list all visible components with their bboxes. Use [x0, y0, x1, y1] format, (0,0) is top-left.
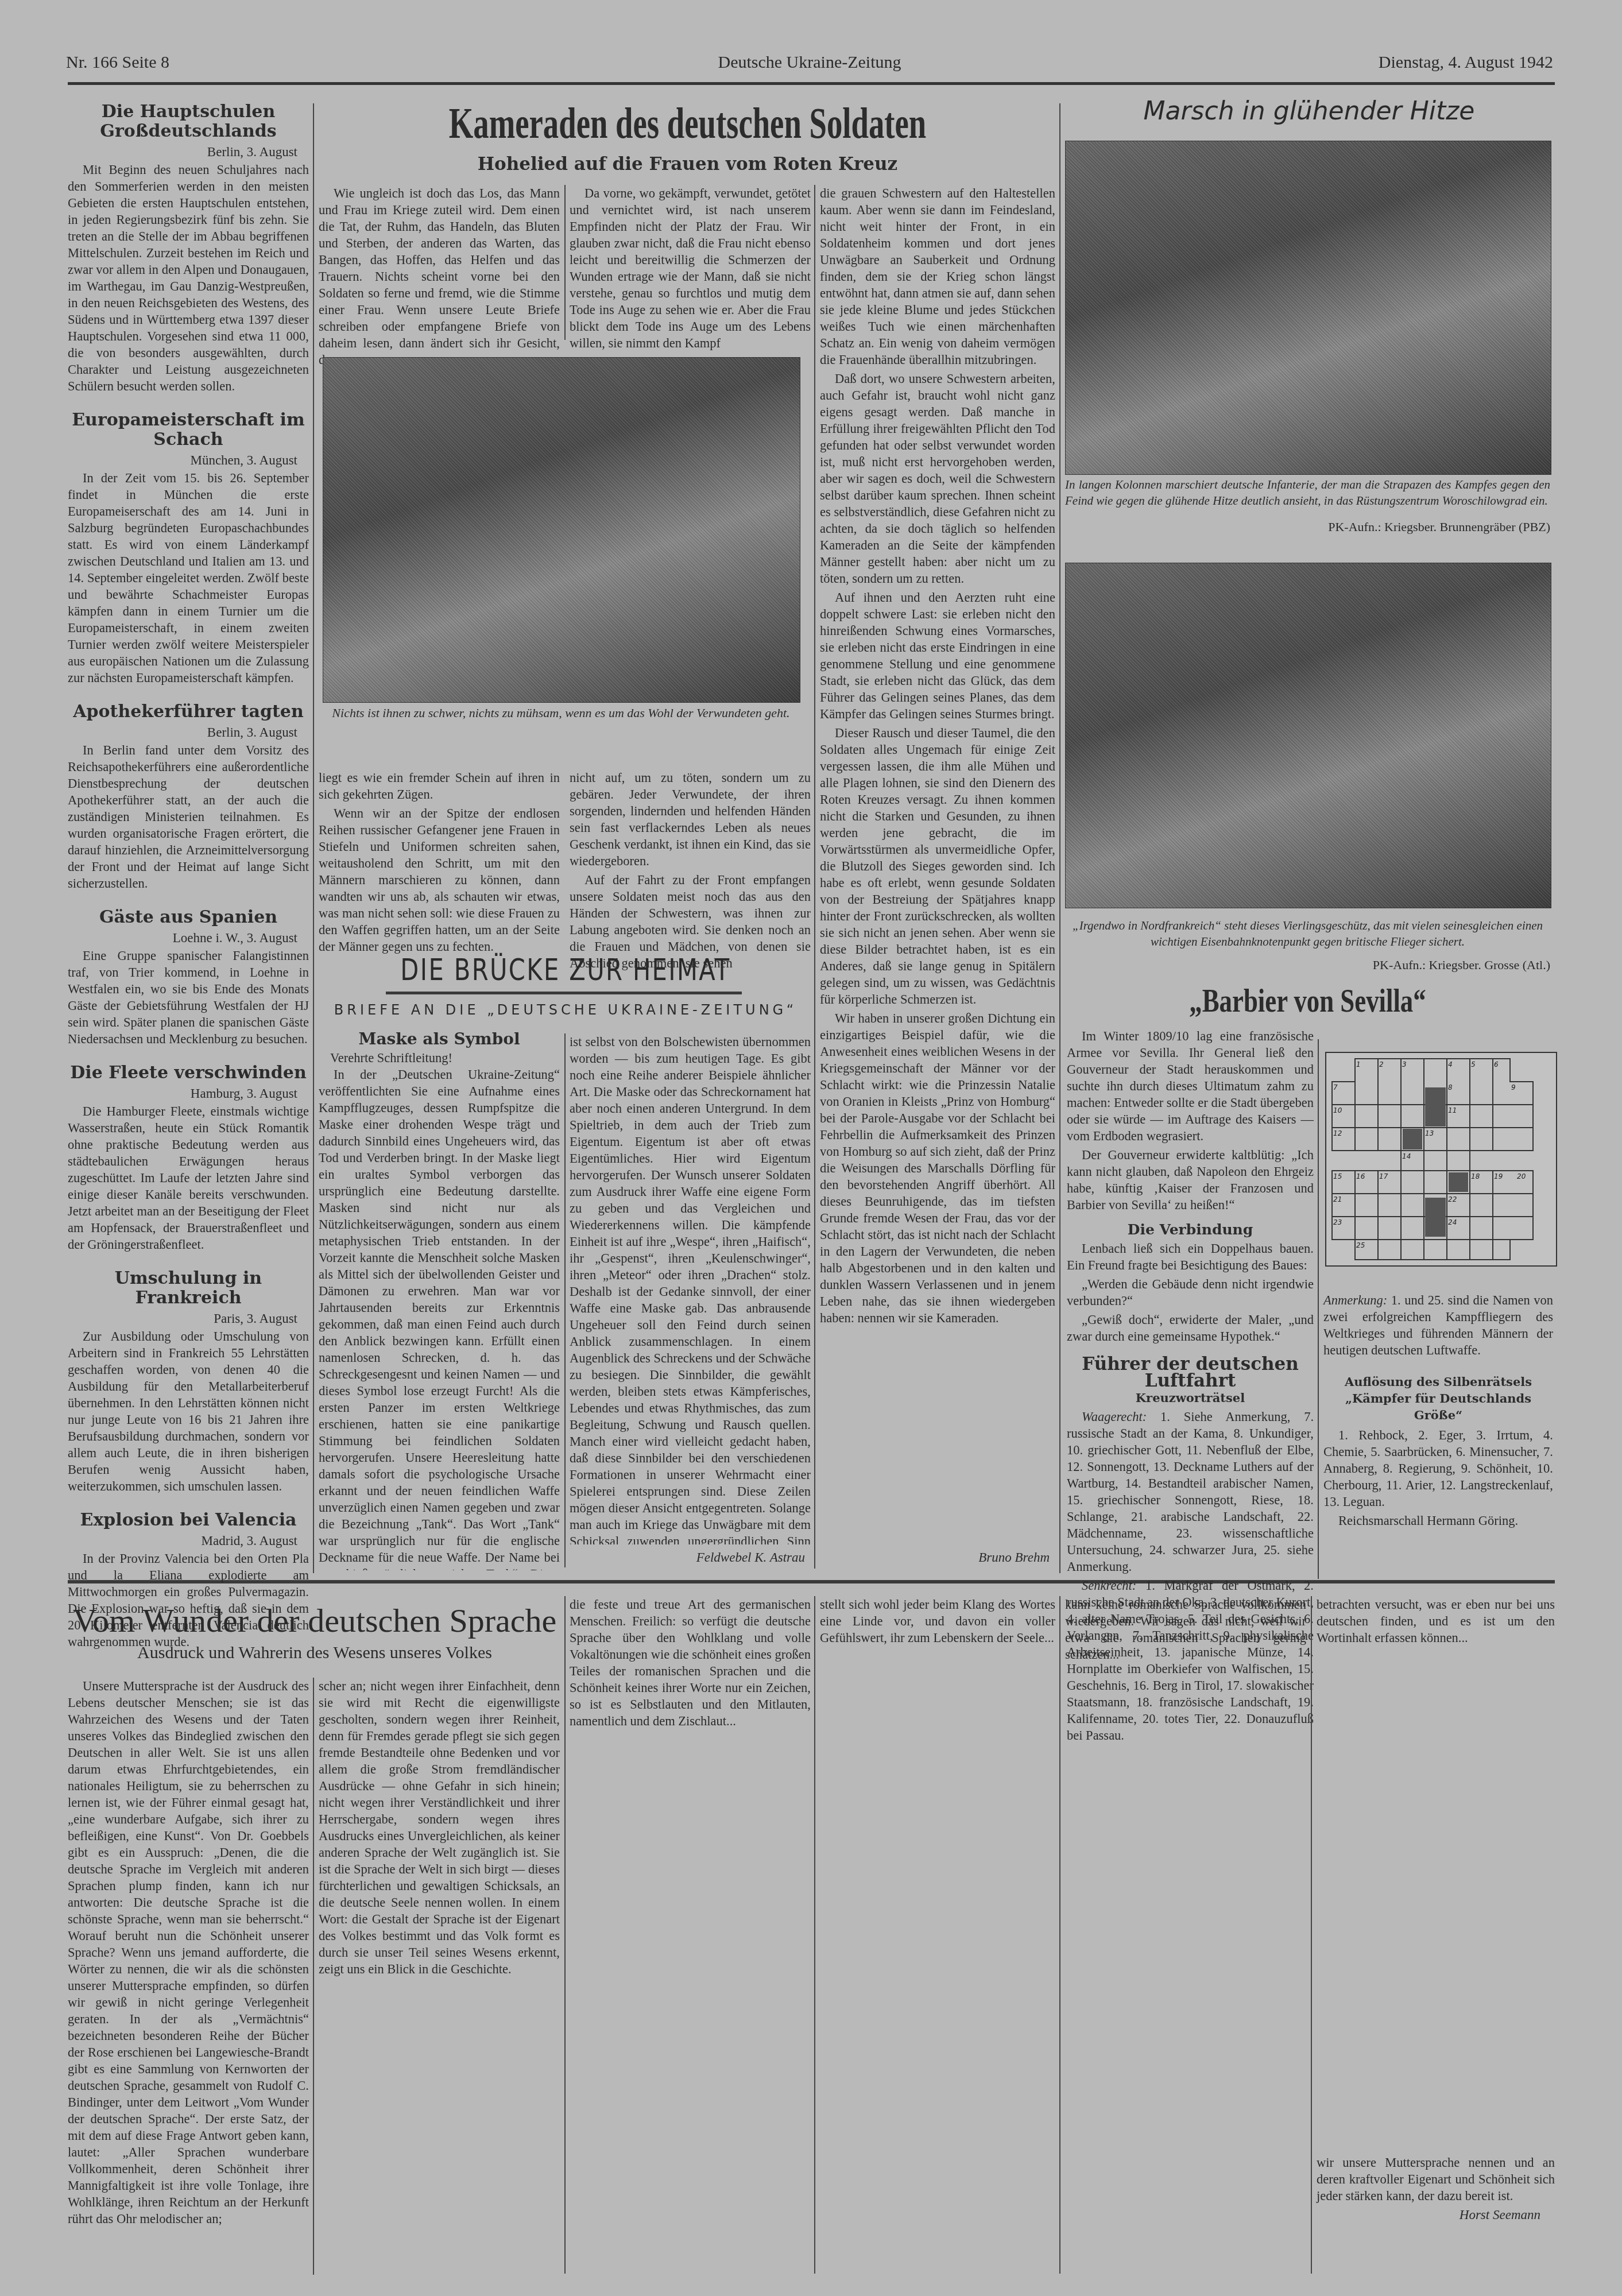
- column-divider: [1059, 103, 1060, 1573]
- dateline: Loehne i. W., 3. August: [68, 930, 309, 946]
- svg-text:17: 17: [1379, 1172, 1388, 1180]
- article-paragraph: stellt sich wohl jeder beim Klang des Wo…: [820, 1596, 1055, 1646]
- news-item: Europameisterschaft im Schach München, 3…: [68, 411, 309, 686]
- article-paragraph: Unsere Muttersprache ist der Ausdruck de…: [68, 1678, 309, 2227]
- svg-text:12: 12: [1333, 1129, 1342, 1137]
- main-article-col1: Wie ungleich ist doch das Los, das Mann …: [319, 185, 560, 370]
- aufloesung-body: 1. Rehbock, 2. Eger, 3. Irrtum, 4. Chemi…: [1323, 1427, 1553, 1510]
- photo2-caption: „Irgendwo in Nordfrankreich“ steht diese…: [1065, 917, 1550, 950]
- headline: Die Fleete verschwinden: [68, 1063, 309, 1083]
- dateline: München, 3. August: [68, 452, 309, 469]
- svg-text:4: 4: [1448, 1060, 1453, 1068]
- column-divider: [1318, 1039, 1319, 1579]
- news-item: Gäste aus Spanien Loehne i. W., 3. Augus…: [68, 908, 309, 1047]
- news-body: Zur Ausbildung oder Umschulung von Arbei…: [68, 1328, 309, 1494]
- bottom-subheadline: Ausdruck und Wahrerin des Wesens unseres…: [68, 1643, 562, 1663]
- photo1-credit: PK-Aufn.: Kriegsber. Brunnengräber (PBZ): [1065, 520, 1550, 535]
- article-paragraph: Dieser Rausch und dieser Taumel, die den…: [820, 725, 1055, 1008]
- main-article-col2-cont: nicht auf, um zu töten, sondern um zu ge…: [570, 769, 811, 974]
- masthead: Nr. 166 Seite 8 Deutsche Ukraine-Zeitung…: [66, 53, 1553, 76]
- crossword-grid-lines: 123 456 789 1011 121314 151617 181920 21…: [1326, 1053, 1554, 1263]
- svg-text:6: 6: [1494, 1060, 1499, 1068]
- letter-col2: ist selbst von den Bolschewisten übernom…: [570, 1033, 811, 1544]
- article-paragraph: wir unsere Muttersprache nennen und an d…: [1317, 2154, 1555, 2204]
- news-body: Die Hamburger Fleete, einstmals wichtige…: [68, 1103, 309, 1253]
- left-news-column: Die Hauptschulen Großdeutschlands Berlin…: [68, 102, 309, 1652]
- svg-text:16: 16: [1356, 1172, 1365, 1180]
- letter-paragraph: In der „Deutschen Ukraine-Zeitung“ veröf…: [319, 1066, 560, 1570]
- column-divider: [814, 185, 815, 1569]
- masthead-rule: [68, 82, 1555, 85]
- svg-text:9: 9: [1511, 1083, 1516, 1091]
- photo-red-cross-nurses: [323, 357, 800, 703]
- clues-across: 1. Siehe Anmerkung, 7. russische Stadt a…: [1067, 1410, 1314, 1574]
- dateline: Hamburg, 3. August: [68, 1085, 309, 1102]
- dateline: Berlin, 3. August: [68, 144, 309, 160]
- svg-text:20: 20: [1517, 1172, 1526, 1180]
- dateline: Madrid, 3. August: [68, 1532, 309, 1549]
- headline: Die Hauptschulen Großdeutschlands: [68, 102, 309, 141]
- article-paragraph: Auf ihnen und den Aerzten ruht eine dopp…: [820, 589, 1055, 722]
- svg-text:15: 15: [1333, 1172, 1342, 1180]
- svg-text:22: 22: [1448, 1195, 1457, 1203]
- svg-text:13: 13: [1425, 1129, 1434, 1137]
- bottom-col4: stellt sich wohl jeder beim Klang des Wo…: [820, 1596, 1055, 2274]
- crossword-grid[interactable]: 123 456 789 1011 121314 151617 181920 21…: [1325, 1052, 1557, 1267]
- clue-label: Senkrecht:: [1082, 1578, 1136, 1593]
- column-divider: [564, 1033, 566, 1567]
- issue-date: Dienstag, 4. August 1942: [1379, 53, 1553, 72]
- svg-text:10: 10: [1333, 1106, 1342, 1114]
- column-divider: [313, 1678, 314, 2275]
- article-paragraph: betrachten versucht, was er eben nur bei…: [1317, 1596, 1555, 1646]
- news-item: Apothekerführer tagten Berlin, 3. August…: [68, 702, 309, 892]
- newspaper-title: Deutsche Ukraine-Zeitung: [66, 53, 1553, 72]
- anecdote-paragraph: „Werden die Gebäude denn nicht irgendwie…: [1067, 1276, 1314, 1309]
- headline: Umschulung in Frankreich: [68, 1269, 309, 1308]
- news-body: Mit Beginn des neuen Schuljahres nach de…: [68, 161, 309, 394]
- bruecke-title: DIE BRÜCKE ZUR HEIMAT: [368, 953, 763, 988]
- photo2-credit: PK-Aufn.: Kriegsber. Grosse (Atl.): [1065, 958, 1550, 973]
- letter-salutation: Verehrte Schriftleitung!: [319, 1050, 560, 1066]
- letter-title: Maske als Symbol: [319, 1031, 560, 1047]
- photo1-headline: Marsch in glühender Hitze: [1065, 96, 1553, 126]
- news-body: Eine Gruppe spanischer Falangistinnen tr…: [68, 947, 309, 1047]
- main-subheadline: Hohelied auf die Frauen vom Roten Kreuz: [319, 154, 1056, 175]
- bottom-signature: Horst Seemann: [1317, 2208, 1540, 2223]
- letter-paragraph: ist selbst von den Bolschewisten übernom…: [570, 1033, 811, 1544]
- article-paragraph: kann keine romanische Sprache vollkommen…: [1065, 1596, 1306, 1663]
- raetsel-subheadline: Kreuzworträtsel: [1067, 1389, 1314, 1406]
- headline: Europameisterschaft im Schach: [68, 411, 309, 450]
- article-paragraph: Wir haben in unserer großen Dichtung ein…: [820, 1010, 1055, 1326]
- news-body: In Berlin fand unter dem Vorsitz des Rei…: [68, 742, 309, 892]
- svg-text:1: 1: [1356, 1060, 1361, 1068]
- photo-infantry-march: [1065, 141, 1551, 475]
- svg-text:3: 3: [1402, 1060, 1407, 1068]
- svg-text:18: 18: [1471, 1172, 1480, 1180]
- news-item: Die Hauptschulen Großdeutschlands Berlin…: [68, 102, 309, 394]
- bottom-col6: betrachten versucht, was er eben nur bei…: [1317, 1596, 1555, 2147]
- main-article-col3: die grauen Schwestern auf den Haltestell…: [820, 185, 1055, 1551]
- article-paragraph: Da vorne, wo gekämpft, verwundet, getöte…: [570, 185, 811, 351]
- news-item: Umschulung in Frankreich Paris, 3. Augus…: [68, 1269, 309, 1494]
- headline: Apothekerführer tagten: [68, 702, 309, 722]
- bottom-col5: kann keine romanische Sprache vollkommen…: [1065, 1596, 1306, 2274]
- svg-text:19: 19: [1494, 1172, 1503, 1180]
- column-divider: [1059, 1596, 1060, 2274]
- raetsel-continuation: Anmerkung: 1. und 25. sind die Namen von…: [1323, 1292, 1553, 1531]
- column-divider: [1311, 1596, 1312, 2274]
- headline: Gäste aus Spanien: [68, 908, 309, 927]
- photo-caption: Nichts ist ihnen zu schwer, nichts zu mü…: [323, 705, 799, 721]
- anecdote-paragraph: Im Winter 1809/10 lag eine französische …: [1067, 1028, 1314, 1144]
- main-headline: Kameraden des deutschen Soldaten: [422, 98, 953, 149]
- svg-text:8: 8: [1448, 1083, 1453, 1091]
- article-paragraph: liegt es wie ein fremder Schein auf ihre…: [319, 769, 560, 803]
- bottom-col3: die feste und treue Art des germanischen…: [570, 1596, 811, 2274]
- svg-text:24: 24: [1448, 1218, 1457, 1226]
- main-article-col1-cont: liegt es wie ein fremder Schein auf ihre…: [319, 769, 560, 957]
- svg-text:5: 5: [1471, 1060, 1476, 1068]
- bottom-col2: scher an; nicht wegen ihrer Einfachheit,…: [319, 1678, 560, 2275]
- anecdote-paragraph: Lenbach ließ sich ein Doppelhaus bauen. …: [1067, 1240, 1314, 1273]
- svg-text:7: 7: [1333, 1083, 1338, 1091]
- aufloesung-headline: Auflösung des Silbenrätsels „Kämpfer für…: [1323, 1373, 1553, 1423]
- article-paragraph: Daß dort, wo unsere Schwestern arbeiten,…: [820, 370, 1055, 587]
- article-paragraph: scher an; nicht wegen ihrer Einfachheit,…: [319, 1678, 560, 1977]
- dateline: Paris, 3. August: [68, 1310, 309, 1327]
- newspaper-page: Nr. 166 Seite 8 Deutsche Ukraine-Zeitung…: [0, 0, 1622, 2296]
- verbindung-headline: Die Verbindung: [1067, 1221, 1314, 1238]
- svg-text:2: 2: [1379, 1060, 1384, 1068]
- bruecke-rule: [386, 992, 742, 994]
- photo1-caption: In langen Kolonnen marschiert deutsche I…: [1065, 477, 1550, 509]
- letter-col1: Maske als Symbol Verehrte Schriftleitung…: [319, 1031, 560, 1570]
- clue-label: Waagerecht:: [1082, 1410, 1147, 1424]
- svg-text:21: 21: [1333, 1195, 1342, 1203]
- article-paragraph: die grauen Schwestern auf den Haltestell…: [820, 185, 1055, 368]
- photo-flak-gun: [1065, 563, 1551, 908]
- svg-text:23: 23: [1333, 1218, 1342, 1226]
- column-divider: [564, 1596, 566, 2274]
- letter-signature: Feldwebel K. Astrau: [570, 1550, 805, 1565]
- clue-label: Anmerkung:: [1323, 1293, 1387, 1307]
- bruecke-subtitle: BRIEFE AN DIE „DEUTSCHE UKRAINE-ZEITUNG“: [319, 1002, 812, 1018]
- raetsel-headline: Führer der deutschen Luftfahrt: [1067, 1356, 1314, 1389]
- dateline: Berlin, 3. August: [68, 724, 309, 741]
- svg-text:14: 14: [1402, 1152, 1411, 1160]
- article-paragraph: Wie ungleich ist doch das Los, das Mann …: [319, 185, 560, 368]
- bottom-closing: wir unsere Muttersprache nennen und an d…: [1317, 2154, 1555, 2206]
- bottom-headline: Vom Wunder der deutschen Sprache: [68, 1602, 562, 1640]
- column-divider: [564, 185, 566, 340]
- svg-text:25: 25: [1356, 1241, 1365, 1249]
- article-paragraph: nicht auf, um zu töten, sondern um zu ge…: [570, 769, 811, 869]
- barbier-headline: „Barbier von Sevilla“: [1114, 983, 1502, 1020]
- author-signature: Bruno Brehm: [820, 1550, 1050, 1565]
- news-item: Die Fleete verschwinden Hamburg, 3. Augu…: [68, 1063, 309, 1253]
- article-paragraph: Wenn wir an der Spitze der endlosen Reih…: [319, 805, 560, 955]
- anecdote-paragraph: „Gewiß doch“, erwiderte der Maler, „und …: [1067, 1311, 1314, 1345]
- bottom-col1: Unsere Muttersprache ist der Ausdruck de…: [68, 1678, 309, 2275]
- main-article-col2: Da vorne, wo gekämpft, verwundet, getöte…: [570, 185, 811, 354]
- article-paragraph: die feste und treue Art des germanischen…: [570, 1596, 811, 1729]
- news-body: In der Zeit vom 15. bis 26. September fi…: [68, 470, 309, 686]
- anecdote-paragraph: Der Gouverneur erwiderte kaltblütig: „Ic…: [1067, 1147, 1314, 1213]
- column-divider: [814, 1596, 815, 2274]
- headline: Explosion bei Valencia: [68, 1511, 309, 1530]
- column-divider: [313, 103, 314, 1573]
- svg-text:11: 11: [1448, 1106, 1457, 1114]
- aufloesung-answer: Reichsmarschall Hermann Göring.: [1323, 1512, 1553, 1529]
